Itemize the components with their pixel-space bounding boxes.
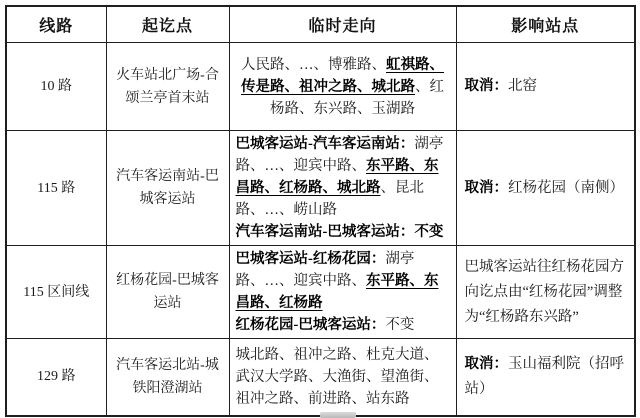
line-cell: 115 路	[6, 131, 106, 246]
line-cell: 10 路	[6, 43, 106, 131]
temporary-route-cell: 城北路、祖冲之路、杜克大道、武汉大学路、大渔街、望渔街、祖冲之路、前进路、站东路	[229, 339, 456, 416]
line-cell: 129 路	[6, 339, 106, 416]
endpoints-cell: 红杨花园-巴城客运站	[106, 246, 229, 339]
header-row: 线路 起讫点 临时走向 影响站点	[6, 6, 635, 43]
column-header-temporary-route: 临时走向	[229, 6, 456, 43]
temporary-route-cell: 巴城客运站-汽车客运南站：湖亭路、…、迎宾中路、东平路、东昌路、红杨路、城北路、…	[229, 131, 456, 246]
table-body: 10 路火车站北广场-合颂兰亭首末站人民路、…、博雅路、虹祺路、传是路、祖冲之路…	[6, 43, 635, 416]
endpoints-cell: 火车站北广场-合颂兰亭首末站	[106, 43, 229, 131]
table-row: 115 区间线红杨花园-巴城客运站巴城客运站-红杨花园：湖亭路、…、迎宾中路、东…	[6, 246, 635, 339]
endpoints-cell: 汽车客运南站-巴城客运站	[106, 131, 229, 246]
endpoints-cell: 汽车客运北站-城铁阳澄湖站	[106, 339, 229, 416]
affected-stops-cell: 取消：玉山福利院（招呼站）	[456, 339, 635, 416]
column-header-line: 线路	[6, 6, 106, 43]
affected-stops-cell: 取消：北窑	[456, 43, 635, 131]
cropped-bottom-element	[320, 412, 356, 418]
bus-route-table: 线路 起讫点 临时走向 影响站点 10 路火车站北广场-合颂兰亭首末站人民路、……	[5, 5, 636, 417]
table-row: 10 路火车站北广场-合颂兰亭首末站人民路、…、博雅路、虹祺路、传是路、祖冲之路…	[6, 43, 635, 131]
table-row: 115 路汽车客运南站-巴城客运站巴城客运站-汽车客运南站：湖亭路、…、迎宾中路…	[6, 131, 635, 246]
temporary-route-cell: 巴城客运站-红杨花园：湖亭路、…、迎宾中路、东平路、东昌路、红杨路红杨花园-巴城…	[229, 246, 456, 339]
table-row: 129 路汽车客运北站-城铁阳澄湖站城北路、祖冲之路、杜克大道、武汉大学路、大渔…	[6, 339, 635, 416]
affected-stops-cell: 巴城客运站往红杨花园方向讫点由“红杨花园”调整为“红杨路东兴路”	[456, 246, 635, 339]
line-cell: 115 区间线	[6, 246, 106, 339]
column-header-endpoints: 起讫点	[106, 6, 229, 43]
column-header-affected-stops: 影响站点	[456, 6, 635, 43]
temporary-route-cell: 人民路、…、博雅路、虹祺路、传是路、祖冲之路、城北路、红杨路、东兴路、玉湖路	[229, 43, 456, 131]
affected-stops-cell: 取消：红杨花园（南侧）	[456, 131, 635, 246]
